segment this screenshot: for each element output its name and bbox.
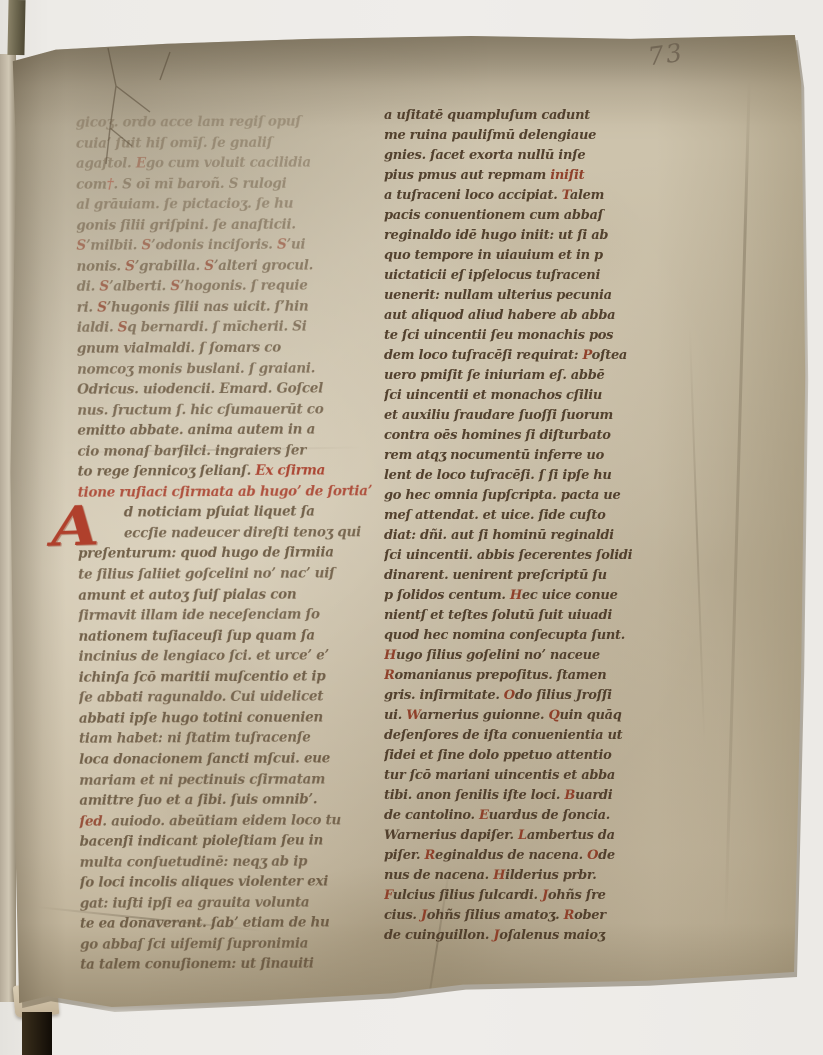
manuscript-line: gat: iuſti ipſi ea grauita volunta — [80, 892, 376, 914]
manuscript-line: ſed. auiodo. abeūtiam eidem loco tu — [79, 810, 375, 832]
manuscript-line: nientſ et teſtes ſolutū ſuit uiuadi — [384, 606, 676, 626]
manuscript-line: Romanianus prepoſitus. ſtamen — [384, 666, 676, 686]
manuscript-line: abbati ipſe hugo totini conuenien — [79, 707, 375, 729]
manuscript-line: p ſolidos centum. Hec uice conue — [384, 586, 676, 606]
manuscript-line: pius pmus aut repmam iniſit — [384, 166, 676, 186]
manuscript-line: meſ attendat. et uice. ſide cuſto — [384, 506, 676, 526]
manuscript-line: Warnerius dapiſer. Lambertus da — [384, 826, 676, 846]
manuscript-line: cio monaſ barſilci. ingraiers ſer — [77, 440, 373, 462]
binding-strap-bottom — [22, 1012, 52, 1055]
manuscript-line: uenerit: nullam ulterius pecunia — [384, 286, 676, 306]
crease-line — [689, 324, 706, 744]
manuscript-line: me ruina pauliſmū delengiaue — [384, 126, 676, 146]
manuscript-line: ri. Sʼhugonis ſilii nas uicit. ſʼhin — [77, 296, 373, 318]
manuscript-line: te ſilius ſaliiet goſcelini noʼ nacʼ uiſ — [78, 563, 374, 585]
manuscript-line: agaſtol. Ego cum voluit cacilidia — [76, 152, 372, 174]
manuscript-line: ſirmavit illam ide neceſenciam ſo — [78, 604, 374, 626]
manuscript-line: quod hec nomina conſecupta ſunt. — [384, 626, 676, 646]
manuscript-photo-backdrop: { "page": { "folio_number": "73" }, "man… — [0, 0, 823, 1055]
manuscript-line: com†. S oī mī baroñ. S rulogi — [76, 173, 372, 195]
manuscript-line: lent de loco tuſracēſi. ſ ſi ipſe hu — [384, 466, 676, 486]
folio-number: 73 — [646, 38, 686, 72]
manuscript-line: te ea donaverant. ſabʼ etiam de hu — [80, 913, 376, 935]
manuscript-line: de cuinguillon. Joſalenus maioʒ — [384, 926, 676, 946]
manuscript-line: ichinſa ſcō maritii muſcentio et ip — [79, 666, 375, 688]
manuscript-line: tiam habet: ni ſtatim tuſracenſe — [79, 728, 375, 750]
manuscript-line: aut aliquod aliud habere ab abba — [384, 306, 676, 326]
manuscript-line: amunt et autoʒ ſuiſ pialas con — [78, 584, 374, 606]
manuscript-line: eccſie nadeucer direſti tenoʒ qui — [78, 522, 374, 544]
manuscript-line: mariam et ni pectinuis cſirmatam — [79, 769, 375, 791]
manuscript-line: incinius de lengiaco ſci. et urceʼ eʼ — [79, 645, 375, 667]
manuscript-line: uictaticii eſ ipſelocus tuſraceni — [384, 266, 676, 286]
manuscript-line: cius. Johñs ſilius amatoʒ. Rober — [384, 906, 676, 926]
manuscript-line: to rege ſennicoʒ ſelianſ. Ex cſirma — [78, 461, 374, 483]
manuscript-line: gicoʒ. ordo acce lam regiſ opuſ — [76, 111, 372, 133]
manuscript-line: et auxiliu ſraudare ſuoſſi ſuorum — [384, 406, 676, 426]
manuscript-line: nus de nacena. Hilderius prbr. — [384, 866, 676, 886]
manuscript-line: contra oēs homines ſi diſturbato — [384, 426, 676, 446]
manuscript-line: ſci uincentii et monachos cſiliu — [384, 386, 676, 406]
manuscript-line: uero pmiſit ſe iniuriam eſ. abbē — [384, 366, 676, 386]
manuscript-line: go hec omnia ſupſcripta. pacta ue — [384, 486, 676, 506]
page-right-shading — [656, 34, 806, 1008]
manuscript-line: go abbaſ ſci uiſemiſ ſupronimia — [80, 933, 376, 955]
manuscript-line: rem atqʒ nocumentū inferre uo — [384, 446, 676, 466]
manuscript-line: pacis conuentionem cum abbaſ — [384, 206, 676, 226]
manuscript-line: ſo loci incolis aliques violenter exi — [80, 871, 376, 893]
manuscript-line: a uſitatē quampluſum cadunt — [384, 106, 676, 126]
manuscript-line: Hugo ſilius goſelini noʼ naceue — [384, 646, 676, 666]
crease-line — [724, 79, 751, 929]
manuscript-line: tur ſcō mariani uincentis et abba — [384, 766, 676, 786]
manuscript-line: loca donacionem ſancti mſcui. eue — [79, 748, 375, 770]
manuscript-line: gnum vialmaldi. ſ ſomars co — [77, 337, 373, 359]
manuscript-line: ſidei et ſine dolo ppetuo attentio — [384, 746, 676, 766]
manuscript-line: tibi. anon ſenilis iſte loci. Buardi — [384, 786, 676, 806]
manuscript-line: ui. Warnerius guionne. Quin quāq — [384, 706, 676, 726]
manuscript-line: quo tempore in uiauium et in p — [384, 246, 676, 266]
manuscript-line: amittre ſuo et a ſibi. ſuis omnibʼ. — [79, 789, 375, 811]
manuscript-line: gris. inſirmitate. Odo ſilius Jroſſi — [384, 686, 676, 706]
text-column-left: gicoʒ. ordo acce lam regiſ opuſcuiaʼ ſui… — [76, 111, 377, 985]
manuscript-line: gnies. ſacet exorta nullū inſe — [384, 146, 676, 166]
manuscript-line: d noticiam pſuiat liquet ſa — [78, 502, 374, 524]
manuscript-line: tione ruſiaci cſirmata ab hugoʼ de ſorti… — [78, 481, 374, 503]
binding-strap-top — [7, 0, 25, 55]
text-column-right: a uſitatē quampluſum caduntme ruina paul… — [384, 106, 676, 956]
manuscript-line: dem loco tuſracēſi requirat: Poſtea — [384, 346, 676, 366]
manuscript-line: multa conſuetudinē: neqʒ ab ip — [80, 851, 376, 873]
manuscript-line: diat: dñi. aut ſi hominū reginaldi — [384, 526, 676, 546]
parchment-leaf: 73 A gicoʒ. ordo acce lam regiſ opuſcuia… — [8, 34, 806, 1008]
manuscript-line: Fulcius ſilius ſulcardi. Johñs ſre — [384, 886, 676, 906]
manuscript-line: a tuſraceni loco accipiat. Talem — [384, 186, 676, 206]
manuscript-line: ſe abbati ragunaldo. Cui uidelicet — [79, 687, 375, 709]
manuscript-line: deſenſores de iſta conuenientia ut — [384, 726, 676, 746]
manuscript-line: ta talem conuſionem: ut ſinauiti — [80, 954, 376, 976]
manuscript-line: nus. ſructum ſ. hic cſumauerūt co — [77, 399, 373, 421]
manuscript-line: Sʼmilbii. Sʼodonis inciſoris. Sʼui — [76, 235, 372, 257]
manuscript-line: emitto abbate. anima autem in a — [77, 419, 373, 441]
manuscript-line: nationem tuſiaceuſi ſup quam ſa — [78, 625, 374, 647]
manuscript-line: piſer. Reginaldus de nacena. Ode — [384, 846, 676, 866]
manuscript-line: nonis. Sʼgrabilla. Sʼalteri grocul. — [76, 255, 372, 277]
manuscript-line: Odricus. uiodencii. Emard. Goſcel — [77, 378, 373, 400]
manuscript-line: preſenturum: quod hugo de ſirmiia — [78, 543, 374, 565]
manuscript-line: de cantolino. Euardus de ſoncia. — [384, 806, 676, 826]
manuscript-line: nomcoʒ monis buslani. ſ graiani. — [77, 358, 373, 380]
manuscript-line: gonis ſilii griſpini. ſe anaſticii. — [76, 214, 372, 236]
manuscript-line: ſci uincentii. abbis ſecerentes ſolidi — [384, 546, 676, 566]
manuscript-line: ialdi. Sq bernardi. ſ mīcherii. Si — [77, 317, 373, 339]
manuscript-line: te ſci uincentii ſeu monachis pos — [384, 326, 676, 346]
manuscript-line: al grāuiam. ſe pictacioʒ. ſe hu — [76, 193, 372, 215]
manuscript-line: dinarent. uenirent preſcriptū ſu — [384, 566, 676, 586]
manuscript-line: di. Sʼalberti. Sʼhogonis. ſ requie — [77, 276, 373, 298]
manuscript-line: bacenſi indicant pioleſtiam ſeu in — [79, 830, 375, 852]
manuscript-line: reginaldo idē hugo iniit: ut ſi ab — [384, 226, 676, 246]
manuscript-line: cuiaʼ ſuit hiſ omīſ. ſe gnaliſ — [76, 132, 372, 154]
